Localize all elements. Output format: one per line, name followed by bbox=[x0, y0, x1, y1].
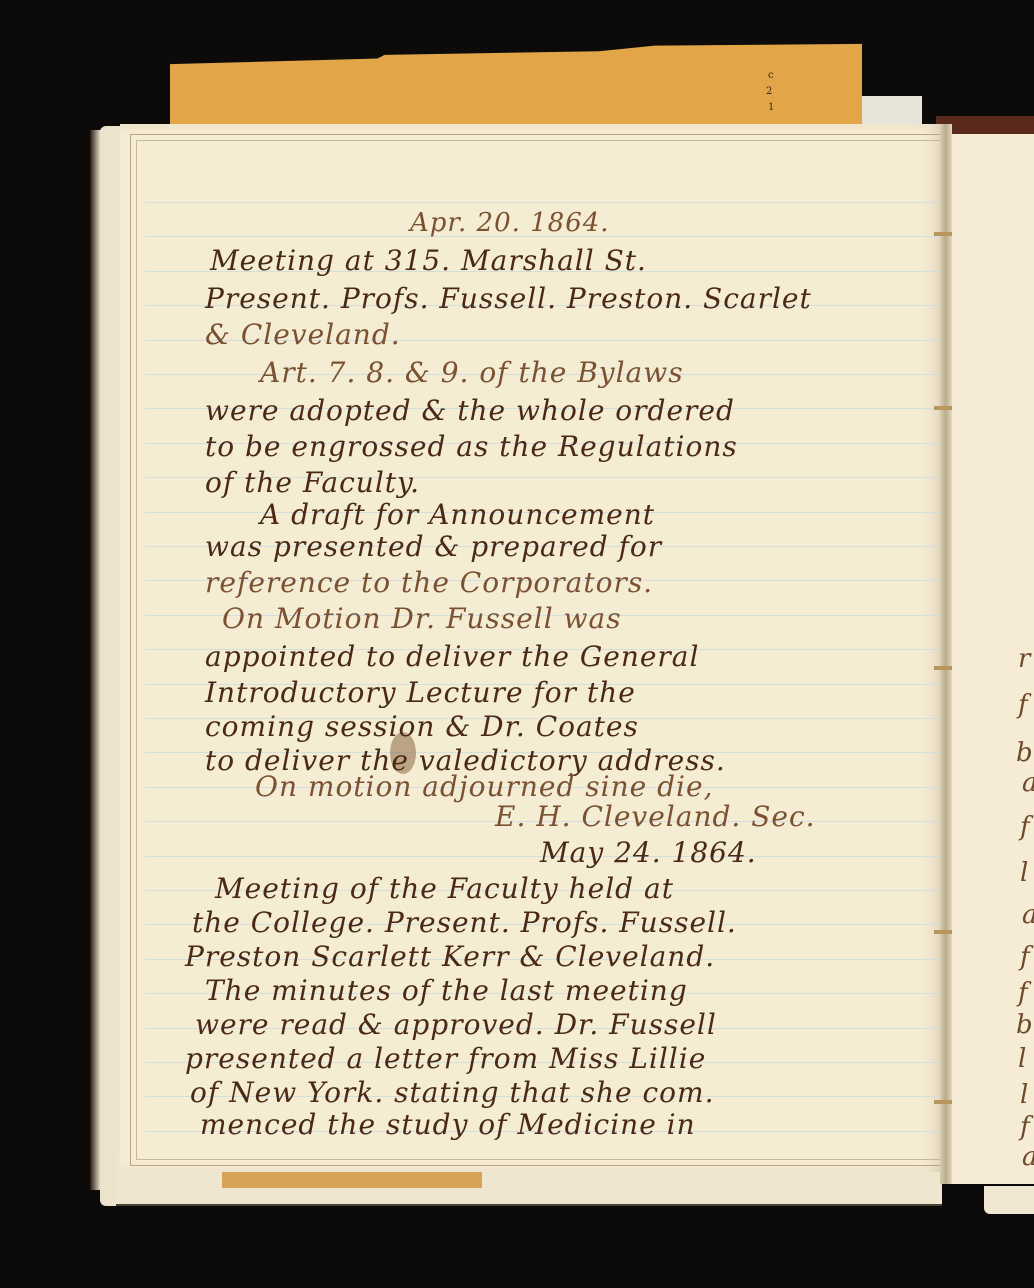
text-fragment: b bbox=[1016, 1010, 1033, 1040]
text-line: to be engrossed as the Regulations bbox=[205, 430, 738, 463]
text-line: A draft for Announcement bbox=[260, 498, 655, 531]
rule-line bbox=[145, 202, 940, 203]
text-fragment: l bbox=[1020, 858, 1028, 888]
text-line: coming session & Dr. Coates bbox=[205, 710, 639, 743]
text-fragment: a bbox=[1022, 900, 1034, 930]
text-line: the College. Present. Profs. Fussell. bbox=[192, 906, 737, 939]
text-line: The minutes of the last meeting bbox=[205, 974, 688, 1007]
text-line: appointed to deliver the General bbox=[205, 640, 699, 673]
text-line: were adopted & the whole ordered bbox=[205, 394, 735, 427]
text-line: Preston Scarlett Kerr & Cleveland. bbox=[185, 940, 715, 973]
right-page-stack bbox=[984, 1186, 1034, 1214]
paper-scrap bbox=[862, 96, 922, 126]
text-line: Meeting of the Faculty held at bbox=[215, 872, 674, 905]
tab-mark: c bbox=[768, 70, 774, 81]
text-line: On Motion Dr. Fussell was bbox=[222, 602, 622, 635]
text-line: were read & approved. Dr. Fussell bbox=[195, 1008, 717, 1041]
tab-mark: 1 bbox=[768, 102, 774, 113]
entry-date: May 24. 1864. bbox=[540, 836, 757, 869]
text-line: presented a letter from Miss Lillie bbox=[185, 1042, 706, 1075]
text-line: On motion adjourned sine die, bbox=[255, 770, 713, 803]
text-line: Art. 7. 8. & 9. of the Bylaws bbox=[260, 356, 684, 389]
entry-date: Apr. 20. 1864. bbox=[410, 208, 610, 238]
text-line: reference to the Corporators. bbox=[205, 566, 653, 599]
text-fragment: a bbox=[1022, 768, 1034, 798]
text-line: Meeting at 315. Marshall St. bbox=[210, 244, 647, 277]
signature: E. H. Cleveland. Sec. bbox=[495, 800, 816, 833]
text-fragment: b bbox=[1016, 738, 1033, 768]
text-fragment: a bbox=[1022, 1142, 1034, 1172]
text-fragment: f bbox=[1020, 812, 1030, 842]
text-fragment: r bbox=[1018, 644, 1030, 674]
text-line: menced the study of Medicine in bbox=[200, 1108, 696, 1141]
text-fragment: l bbox=[1020, 1080, 1028, 1110]
text-fragment: l bbox=[1018, 1044, 1026, 1074]
text-line: & Cleveland. bbox=[205, 318, 401, 351]
text-line: was presented & prepared for bbox=[205, 530, 662, 563]
text-fragment: f bbox=[1020, 942, 1030, 972]
text-line: Introductory Lecture for the bbox=[205, 676, 636, 709]
text-fragment: f bbox=[1020, 1112, 1030, 1142]
orange-tab-insert bbox=[170, 42, 862, 134]
text-fragment: f bbox=[1018, 690, 1028, 720]
text-fragment: f bbox=[1018, 978, 1028, 1008]
binding-gutter bbox=[940, 124, 952, 1184]
text-line: of New York. stating that she com. bbox=[190, 1076, 715, 1109]
text-line: Present. Profs. Fussell. Preston. Scarle… bbox=[205, 282, 812, 315]
text-line: of the Faculty. bbox=[205, 466, 420, 499]
tab-mark: 2 bbox=[766, 86, 772, 97]
